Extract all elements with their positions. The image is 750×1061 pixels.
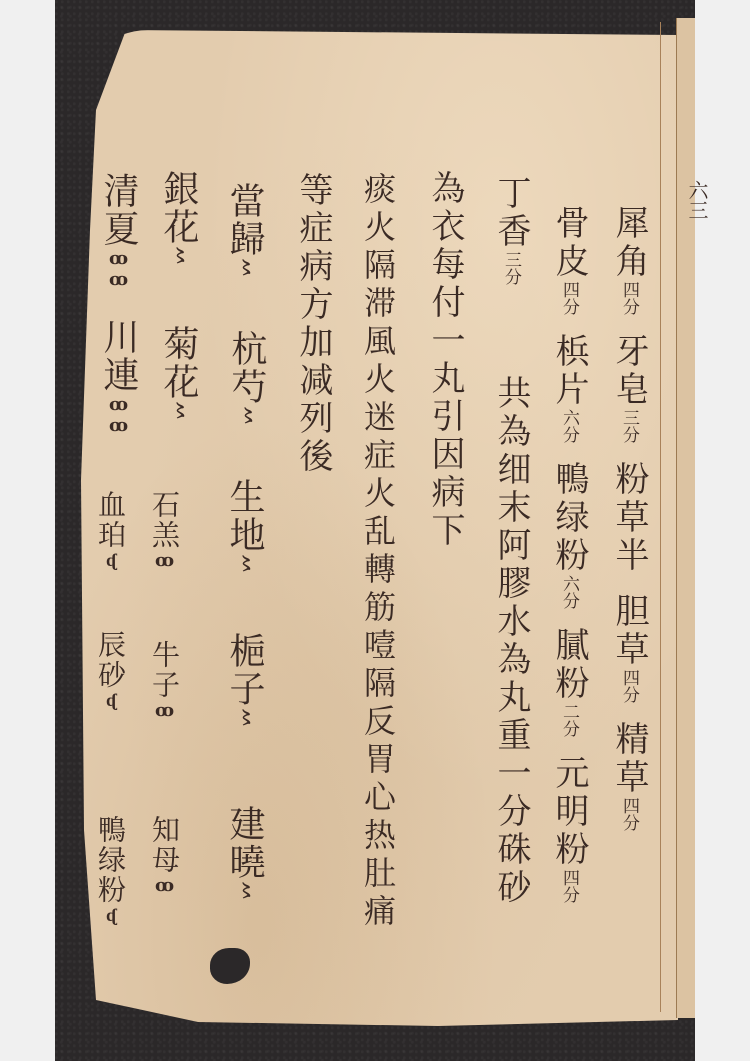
- text-column-4: 為衣每付一丸引因病下: [428, 170, 462, 550]
- herb-text: 胆草: [609, 593, 649, 669]
- text-column-5: 痰火隔滞風火迷症火乱轉筋噎隔反胃心热肚痛: [362, 172, 394, 932]
- herb-text: 牙皂: [609, 333, 649, 409]
- heading-modifications: 等症病方加减列後: [293, 172, 333, 476]
- herb-entry: 知母ꝏ: [150, 815, 178, 896]
- indications-text: 痰火隔滞風火迷症火乱轉筋噎隔反胃心热肚痛: [359, 172, 397, 932]
- herb-amount: 四分: [619, 281, 639, 315]
- herb-text: 丁香: [491, 175, 531, 251]
- herb-entry: 血珀ᶑ: [96, 490, 124, 570]
- herb-text: 鴨绿粉: [549, 461, 589, 575]
- herb-amount: 六分: [559, 575, 579, 609]
- herb-text: 梹片: [549, 333, 589, 409]
- herb-amount: 四分: [559, 869, 579, 903]
- herb-text: 犀角: [609, 205, 649, 281]
- herb-amount: 四分: [559, 281, 579, 315]
- herb-amount: 四分: [619, 669, 639, 703]
- herb-entry: 杭芍〻: [228, 330, 264, 424]
- herb-text: 粉草半: [609, 461, 649, 575]
- herb-text: 膩粉: [549, 627, 589, 703]
- next-page-marks: 六三: [683, 180, 712, 220]
- herb-amount: 三分: [619, 409, 639, 443]
- herb-entry: 鴨绿粉ᶑ: [96, 815, 124, 925]
- herb-entry: 牛子ꝏ: [150, 640, 178, 721]
- herb-text: 精草: [609, 721, 649, 797]
- text-column-6: 等症病方加减列後: [296, 172, 330, 476]
- text-column-3: 丁香三分共為细末阿膠水為丸重一分硃砂: [494, 175, 528, 907]
- herb-entry: 生地〻: [226, 478, 262, 572]
- herb-entry: 辰砂ᶑ: [96, 630, 124, 710]
- text-column-2: 骨皮四分梹片六分鴨绿粉六分膩粉二分元明粉四分: [552, 205, 586, 903]
- herb-entry: 銀花〻: [160, 170, 196, 264]
- herb-amount: 四分: [619, 797, 639, 831]
- herb-entry: 建曉〻: [226, 805, 262, 899]
- herb-amount: 二分: [559, 703, 579, 737]
- text-column-1: 犀角四分牙皂三分粉草半胆草四分精草四分: [612, 205, 646, 831]
- preparation-text: 共為细末阿膠水為丸重一分硃砂: [491, 375, 531, 907]
- herb-entry: 石羔ꝏ: [150, 490, 178, 571]
- herb-entry: 菊花〻: [160, 325, 196, 419]
- herb-text: 骨皮: [549, 205, 589, 281]
- dosage-text: 為衣每付一丸引因病下: [425, 170, 465, 550]
- page-fold-line: [660, 22, 661, 1012]
- herb-entry: 清夏ꝏꝏ: [100, 172, 136, 290]
- herb-text: 元明粉: [549, 755, 589, 869]
- herb-entry: 川連ꝏꝏ: [100, 318, 136, 436]
- herb-entry: 當歸〻: [226, 182, 262, 276]
- herb-entry: 梔子〻: [226, 632, 262, 726]
- herb-amount: 三分: [501, 251, 521, 285]
- herb-amount: 六分: [559, 409, 579, 443]
- next-page-edge: [676, 18, 695, 1018]
